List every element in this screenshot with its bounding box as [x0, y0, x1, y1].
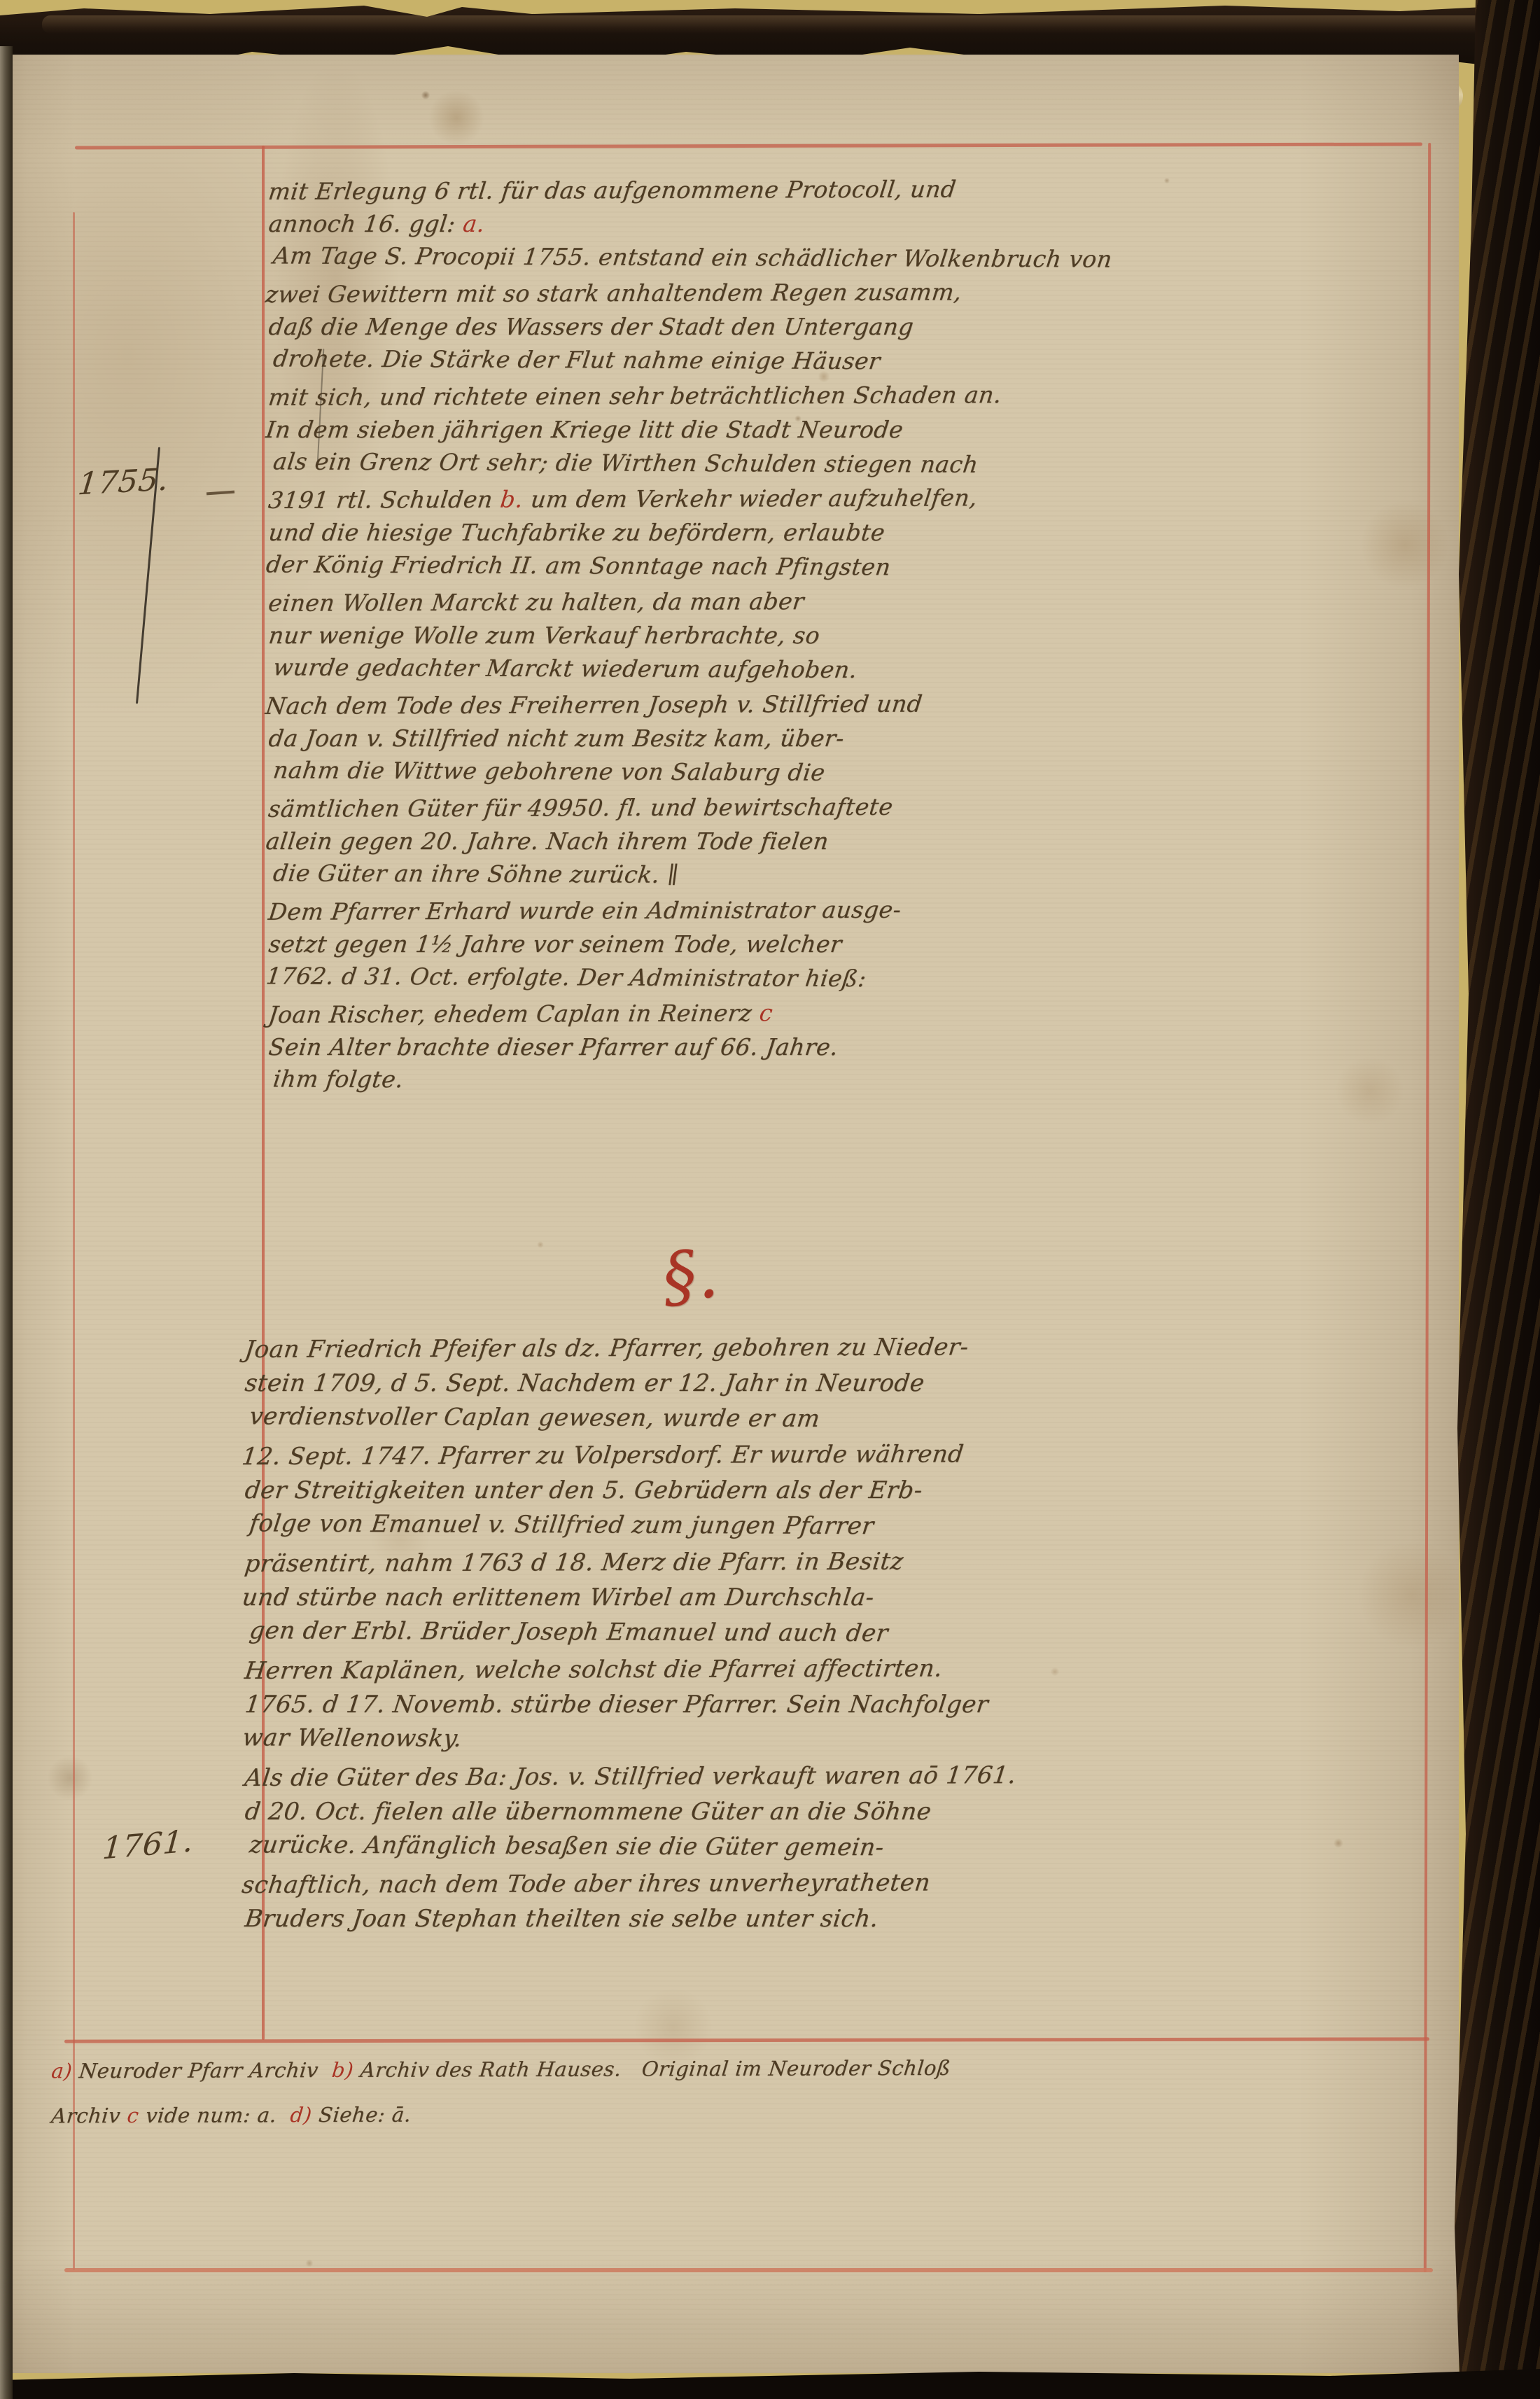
manuscript-line: präsentirt, nahm 1763 d 18. Merz die Pfa… [243, 1542, 1432, 1582]
manuscript-line: annoch 16. ggl: a. [267, 207, 1426, 241]
handwritten-text: Als die Güter des Ba: Jos. v. Stillfried… [243, 1761, 1018, 1792]
manuscript-line: gen der Erbl. Brüder Joseph Emanuel und … [247, 1613, 1431, 1653]
manuscript-line: Nach dem Tode des Freiherren Joseph v. S… [264, 685, 1427, 723]
manuscript-line: Herren Kaplänen, welche solchst die Pfar… [243, 1649, 1432, 1689]
handwritten-text: und stürbe nach erlittenem Wirbel am Dur… [241, 1583, 876, 1611]
handwritten-text: Joan Rischer, ehedem Caplan in Reinerz [267, 999, 761, 1028]
manuscript-line: a) Neuroder Pfarr Archiv b) Archiv des R… [49, 2044, 1429, 2094]
rubric-mark: a. [461, 210, 486, 237]
manuscript-line: setzt gegen 1½ Jahre vor seinem Tode, we… [267, 927, 1426, 961]
manuscript-paragraph-2: Joan Friedrich Pfeifer als dz. Pfarrer, … [245, 1330, 1429, 1937]
cover-top-sheen [42, 15, 1498, 34]
rubric-mark: a) [50, 2059, 73, 2083]
section-mark: §. [659, 1234, 721, 1317]
manuscript-line: mit sich, und richtete einen sehr beträc… [267, 376, 1427, 414]
manuscript-line: allein gegen 20. Jahre. Nach ihrem Tode … [264, 824, 1426, 858]
manuscript-line: Als die Güter des Ba: Jos. v. Stillfried… [243, 1756, 1432, 1796]
manuscript-line: als ein Grenz Ort sehr; die Wirthen Schu… [271, 444, 1425, 483]
book-cover-left-edge [0, 46, 13, 2399]
handwritten-text: zurücke. Anfänglich besaßen sie die Güte… [248, 1831, 885, 1861]
manuscript-line: wurde gedachter Marckt wiederum aufgehob… [271, 650, 1425, 689]
handwritten-text: 1765. d 17. Novemb. stürbe dieser Pfarre… [244, 1691, 990, 1719]
handwritten-text: 3191 rtl. Schulden [267, 486, 502, 514]
handwritten-text: da Joan v. Stillfried nicht zum Besitz k… [267, 725, 846, 752]
manuscript-paragraph-1: mit Erlegung 6 rtl. für das aufgenommene… [269, 172, 1424, 1098]
manuscript-line: schaftlich, nach dem Tode aber ihres unv… [240, 1863, 1432, 1903]
handwritten-text: 12. Sept. 1747. Pfarrer zu Volpersdorf. … [240, 1440, 965, 1471]
manuscript-line: d 20. Oct. fielen alle übernommene Güter… [243, 1794, 1431, 1830]
manuscript-line: 12. Sept. 1747. Pfarrer zu Volpersdorf. … [240, 1435, 1432, 1475]
handwritten-text: und die hiesige Tuchfabrike zu befördern… [267, 519, 887, 546]
handwritten-text: Siehe: ā. [311, 2103, 412, 2127]
handwritten-text: Archiv des Rath Hauses. Original im Neur… [352, 2056, 951, 2082]
manuscript-line: folge von Emanuel v. Stillfried zum jung… [247, 1506, 1431, 1546]
manuscript-line: nur wenige Wolle zum Verkauf herbrachte,… [267, 618, 1426, 652]
frame-line-bottom-outer [64, 2268, 1433, 2272]
handwritten-text: nahm die Wittwe gebohrene von Salaburg d… [272, 756, 827, 785]
manuscript-line: zurücke. Anfänglich besaßen sie die Güte… [247, 1827, 1431, 1868]
handwritten-text: war Wellenowsky. [241, 1723, 464, 1752]
handwritten-text: der Streitigkeiten unter den 5. Gebrüder… [244, 1476, 925, 1504]
handwritten-text: zwei Gewittern mit so stark anhaltendem … [264, 278, 963, 307]
handwritten-text: daß die Menge des Wassers der Stadt den … [267, 313, 916, 340]
handwritten-text: nur wenige Wolle zum Verkauf herbrachte,… [267, 622, 822, 649]
handwritten-text: allein gegen 20. Jahre. Nach ihrem Tode … [265, 827, 831, 855]
frame-line-bottom-inner [64, 2037, 1429, 2043]
manuscript-line: ihm folgte. [271, 1061, 1425, 1100]
handwritten-text: gen der Erbl. Brüder Joseph Emanuel und … [248, 1616, 890, 1647]
handwritten-text: um dem Verkehr wieder aufzuhelfen, [521, 484, 979, 512]
rubric-mark: d) [289, 2103, 313, 2127]
handwritten-text: Dem Pfarrer Erhard wurde ein Administrat… [267, 896, 902, 925]
handwritten-text: Am Tage S. Procopii 1755. entstand ein s… [272, 242, 1114, 272]
margin-date-1761: 1761. [101, 1823, 195, 1866]
footnote-block: a) Neuroder Pfarr Archiv b) Archiv des R… [52, 2046, 1427, 2136]
manuscript-line: Dem Pfarrer Erhard wurde ein Administrat… [267, 890, 1427, 929]
manuscript-line: Joan Friedrich Pfeifer als dz. Pfarrer, … [243, 1328, 1432, 1368]
handwritten-text: mit Erlegung 6 rtl. für das aufgenommene… [267, 175, 958, 204]
frame-line-top [75, 142, 1422, 149]
manuscript-line: der König Friedrich II. am Sonntage nach… [264, 547, 1425, 586]
manuscript-line: Archiv c vide num: a. d) Siehe: ā. [49, 2089, 1429, 2139]
handwritten-text: folge von Emanuel v. Stillfried zum jung… [248, 1509, 876, 1540]
handwritten-text: als ein Grenz Ort sehr; die Wirthen Schu… [272, 447, 980, 477]
handwritten-text: einen Wollen Marckt zu halten, da man ab… [267, 587, 806, 617]
handwritten-text: sämtlichen Güter für 49950. fl. und bewi… [267, 793, 895, 823]
handwritten-text: stein 1709, d 5. Sept. Nachdem er 12. Ja… [244, 1369, 926, 1397]
margin-date-dash [206, 491, 234, 496]
manuscript-line: In dem sieben jährigen Kriege litt die S… [264, 412, 1426, 447]
handwritten-text: 1762. d 31. Oct. erfolgte. Der Administr… [265, 962, 868, 992]
manuscript-line: die Güter an ihre Söhne zurück. ∥ [271, 855, 1425, 895]
handwritten-text: verdienstvoller Caplan gewesen, wurde er… [248, 1402, 822, 1433]
manuscript-line: und stürbe nach erlittenem Wirbel am Dur… [240, 1580, 1431, 1616]
handwritten-text: vide num: a. [138, 2103, 292, 2127]
rubric-mark: b. [499, 486, 525, 513]
handwritten-text: präsentirt, nahm 1763 d 18. Merz die Pfa… [243, 1548, 905, 1578]
handwritten-text: Bruders Joan Stephan theilten sie selbe … [244, 1905, 881, 1933]
manuscript-line: mit Erlegung 6 rtl. für das aufgenommene… [267, 170, 1427, 209]
handwritten-text: schaftlich, nach dem Tode aber ihres unv… [240, 1869, 932, 1899]
book-cover-right-edge [1455, 0, 1540, 2399]
manuscript-line: daß die Menge des Wassers der Stadt den … [267, 309, 1426, 344]
manuscript-line: stein 1709, d 5. Sept. Nachdem er 12. Ja… [243, 1366, 1431, 1401]
handwritten-text: drohete. Die Stärke der Flut nahme einig… [272, 344, 882, 375]
manuscript-line: der Streitigkeiten unter den 5. Gebrüder… [243, 1473, 1431, 1509]
handwritten-text: Archiv [50, 2104, 129, 2127]
margin-date-1755: 1755. [76, 462, 171, 503]
manuscript-line: verdienstvoller Caplan gewesen, wurde er… [247, 1399, 1431, 1439]
manuscript-line: drohete. Die Stärke der Flut nahme einig… [271, 341, 1425, 380]
handwritten-text: annoch 16. ggl: [267, 210, 465, 237]
handwritten-text: In dem sieben jährigen Kriege litt die S… [265, 416, 905, 443]
rubric-mark: c [758, 999, 775, 1026]
manuscript-line: 1762. d 31. Oct. erfolgte. Der Administr… [264, 958, 1425, 998]
manuscript-line: zwei Gewittern mit so stark anhaltendem … [264, 273, 1427, 312]
manuscript-line: 3191 rtl. Schulden b. um dem Verkehr wie… [267, 479, 1427, 517]
frame-line-right [1424, 143, 1431, 2272]
handwritten-text: mit sich, und richtete einen sehr beträc… [267, 381, 1003, 411]
handwritten-text: Neuroder Pfarr Archiv [71, 2058, 333, 2083]
handwritten-text: Herren Kaplänen, welche solchst die Pfar… [243, 1654, 944, 1684]
handwritten-text: Nach dem Tode des Freiherren Joseph v. S… [264, 690, 924, 720]
manuscript-line: sämtlichen Güter für 49950. fl. und bewi… [267, 788, 1427, 826]
manuscript-line: nahm die Wittwe gebohrene von Salaburg d… [271, 753, 1425, 792]
manuscript-scan: 1755. 1761. mit Erlegung 6 rtl. für das … [0, 0, 1540, 2399]
manuscript-line: 1765. d 17. Novemb. stürbe dieser Pfarre… [243, 1687, 1431, 1723]
handwritten-text: die Güter an ihre Söhne zurück. ∥ [272, 859, 680, 888]
handwritten-text: setzt gegen 1½ Jahre vor seinem Tode, we… [267, 930, 843, 958]
handwritten-text: d 20. Oct. fielen alle übernommene Güter… [244, 1798, 933, 1826]
manuscript-line: und die hiesige Tuchfabrike zu befördern… [267, 515, 1426, 550]
manuscript-line: war Wellenowsky. [240, 1720, 1431, 1761]
manuscript-line: Bruders Joan Stephan theilten sie selbe … [243, 1901, 1431, 1937]
handwritten-text: Sein Alter brachte dieser Pfarrer auf 66… [267, 1033, 840, 1061]
frame-line-left-outer [73, 212, 75, 2270]
manuscript-line: einen Wollen Marckt zu halten, da man ab… [267, 582, 1427, 620]
manuscript-line: da Joan v. Stillfried nicht zum Besitz k… [267, 721, 1426, 755]
page-paper: 1755. 1761. mit Erlegung 6 rtl. für das … [8, 55, 1459, 2373]
manuscript-line: Am Tage S. Procopii 1755. entstand ein s… [271, 238, 1425, 277]
handwritten-text: Joan Friedrich Pfeifer als dz. Pfarrer, … [243, 1333, 970, 1364]
handwritten-text: ihm folgte. [272, 1065, 405, 1093]
handwritten-text: wurde gedachter Marckt wiederum aufgehob… [272, 653, 859, 683]
handwritten-text: der König Friedrich II. am Sonntage nach… [265, 550, 892, 580]
manuscript-line: Joan Rischer, ehedem Caplan in Reinerz c [267, 993, 1427, 1032]
book-cover-bottom-edge [0, 2369, 1540, 2399]
rubric-mark: b) [331, 2058, 355, 2082]
manuscript-line: Sein Alter brachte dieser Pfarrer auf 66… [267, 1030, 1426, 1064]
